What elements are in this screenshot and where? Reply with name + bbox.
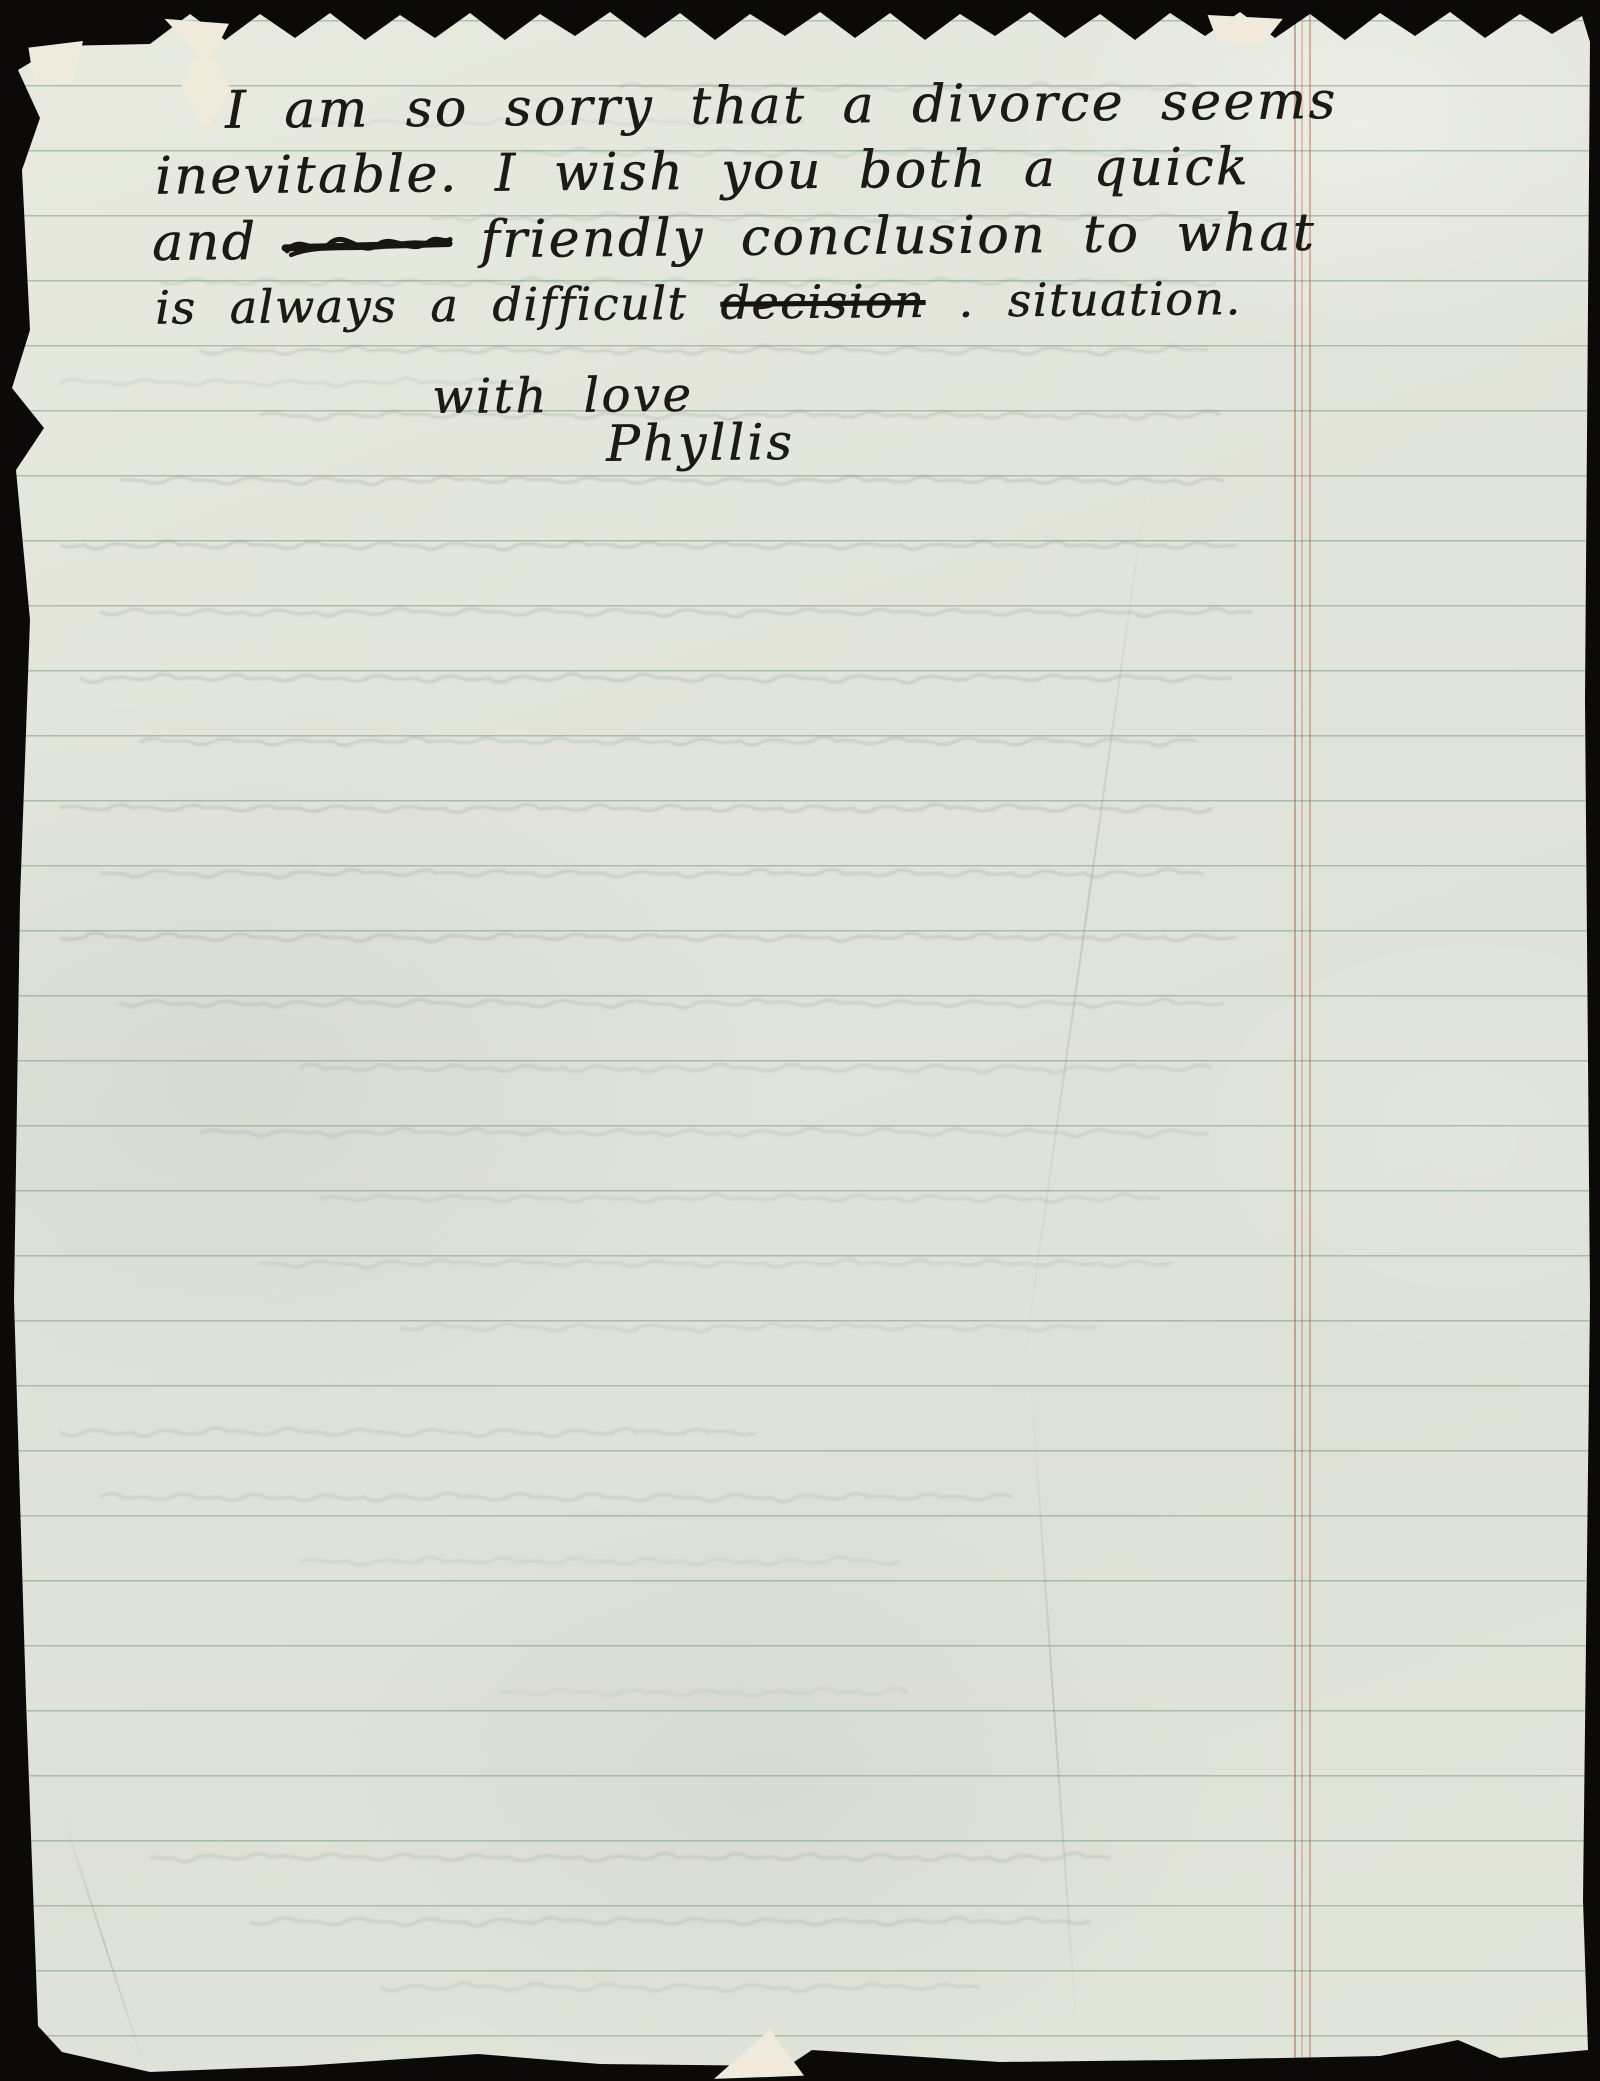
letter-line-1: I am so sorry that a divorce seems	[225, 71, 1338, 141]
struck-word-decision: decision	[720, 274, 925, 330]
letter-line-4-after: . situation.	[958, 271, 1242, 327]
letter-line-3-after: friendly conclusion to what	[480, 203, 1316, 270]
margin-line	[1294, 12, 1296, 2062]
notebook-paper: I am so sorry that a divorce seems inevi…	[0, 0, 1600, 2081]
scribbled-out-word	[281, 225, 456, 267]
margin-line	[1301, 12, 1303, 2062]
signature: Phyllis	[606, 413, 795, 473]
letter-line-4: is always a difficult decision . situati…	[155, 271, 1242, 334]
scan-background: { "page": { "kind": "handwritten letter …	[0, 0, 1600, 2081]
letter-line-3-before: and	[152, 212, 258, 273]
letter-line-4-before: is always a difficult	[155, 276, 688, 335]
letter-line-2: inevitable. I wish you both a quick	[155, 137, 1250, 207]
letter-line-3: and friendly conclusion to what	[152, 203, 1317, 273]
margin-line	[1309, 12, 1311, 2062]
